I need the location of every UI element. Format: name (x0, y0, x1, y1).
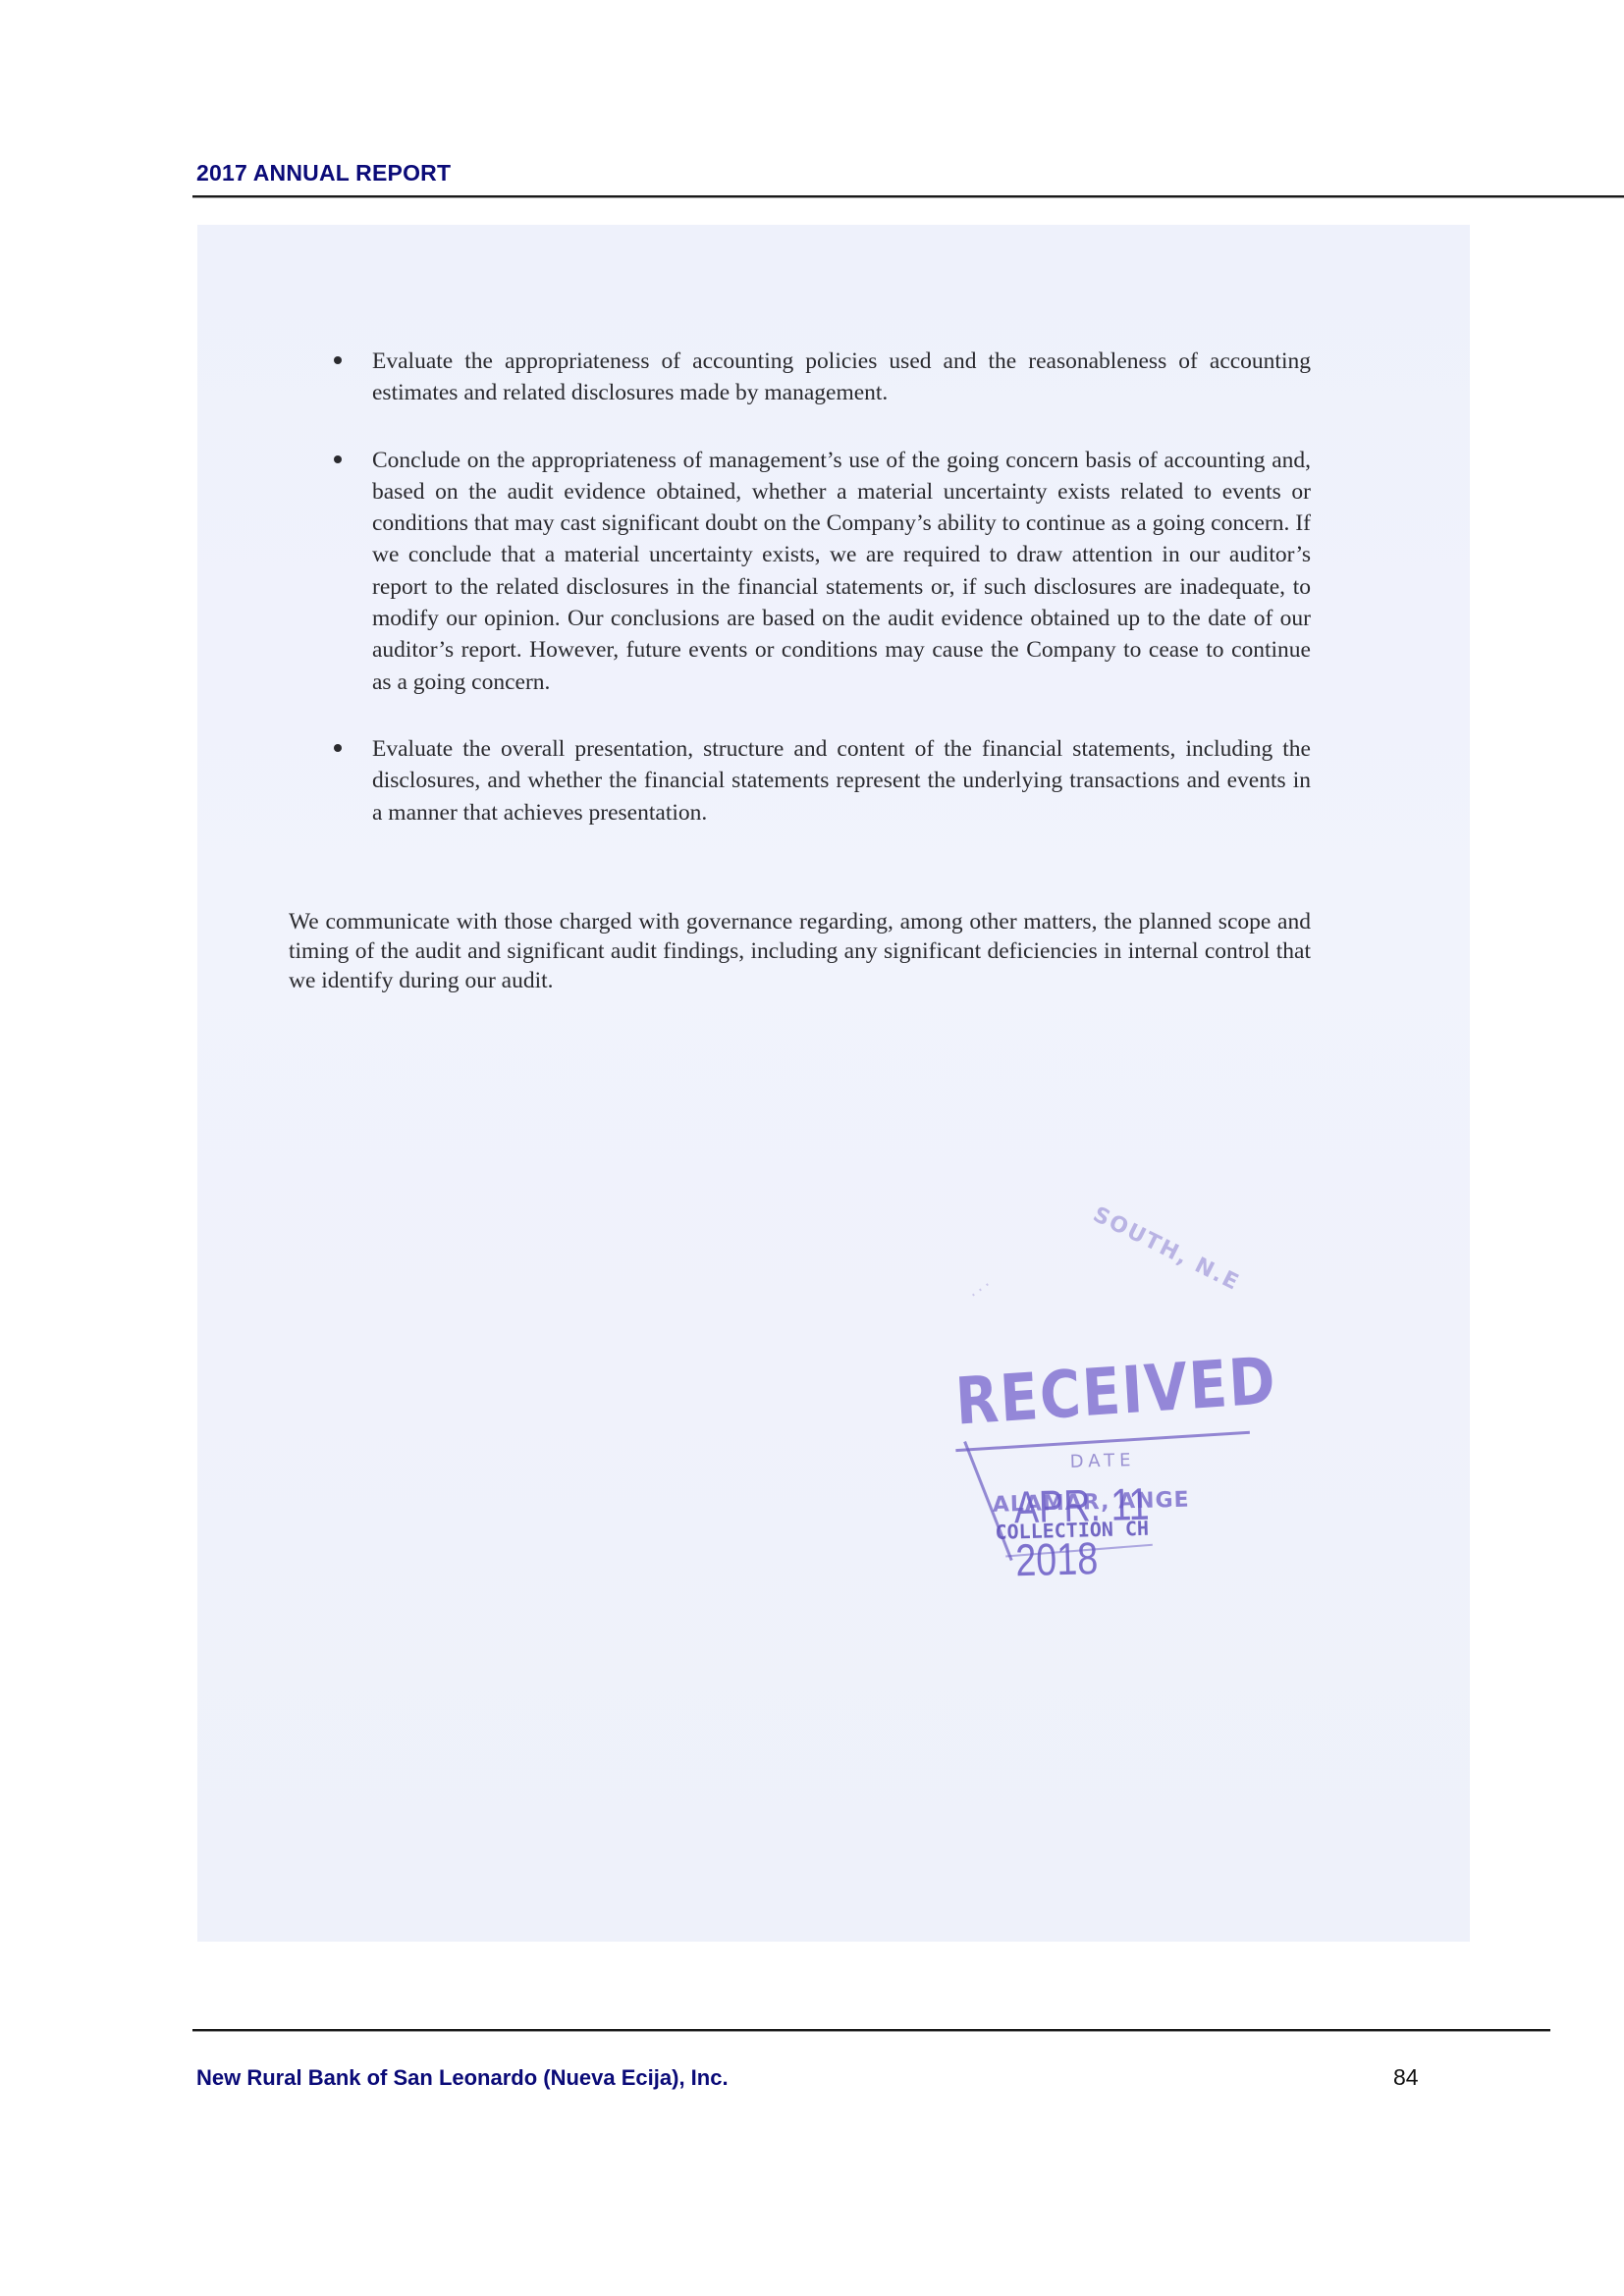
bullet-text: Conclude on the appropriateness of manag… (372, 445, 1311, 698)
stamp-title: RECEIVED (953, 1343, 1278, 1440)
received-stamp: ··· SOUTH, N.E RECEIVED DATE ALAMAR, ANG… (928, 1213, 1272, 1585)
stamp-department: COLLECTION CH (995, 1517, 1149, 1544)
governance-paragraph: We communicate with those charged with g… (289, 907, 1311, 995)
bullet-icon (334, 455, 342, 463)
bullet-text: Evaluate the appropriateness of accounti… (372, 346, 1311, 409)
list-item: Evaluate the appropriateness of accounti… (334, 346, 1311, 409)
footer-divider (192, 2029, 1550, 2031)
bullet-icon (334, 356, 342, 364)
stamp-arc-text: SOUTH, N.E (1089, 1202, 1244, 1296)
bullet-text: Evaluate the overall presentation, struc… (372, 733, 1311, 828)
report-header-title: 2017 ANNUAL REPORT (196, 160, 451, 187)
list-item: Evaluate the overall presentation, struc… (334, 733, 1311, 828)
header-divider (192, 195, 1624, 197)
auditor-responsibilities-list: Evaluate the appropriateness of accounti… (334, 346, 1311, 864)
stamp-date-label: DATE (1069, 1450, 1135, 1472)
footer-organization: New Rural Bank of San Leonardo (Nueva Ec… (196, 2065, 729, 2091)
bullet-icon (334, 744, 342, 752)
page-number: 84 (1393, 2064, 1419, 2091)
list-item: Conclude on the appropriateness of manag… (334, 445, 1311, 698)
stamp-arc-text-left: ··· (965, 1273, 999, 1305)
